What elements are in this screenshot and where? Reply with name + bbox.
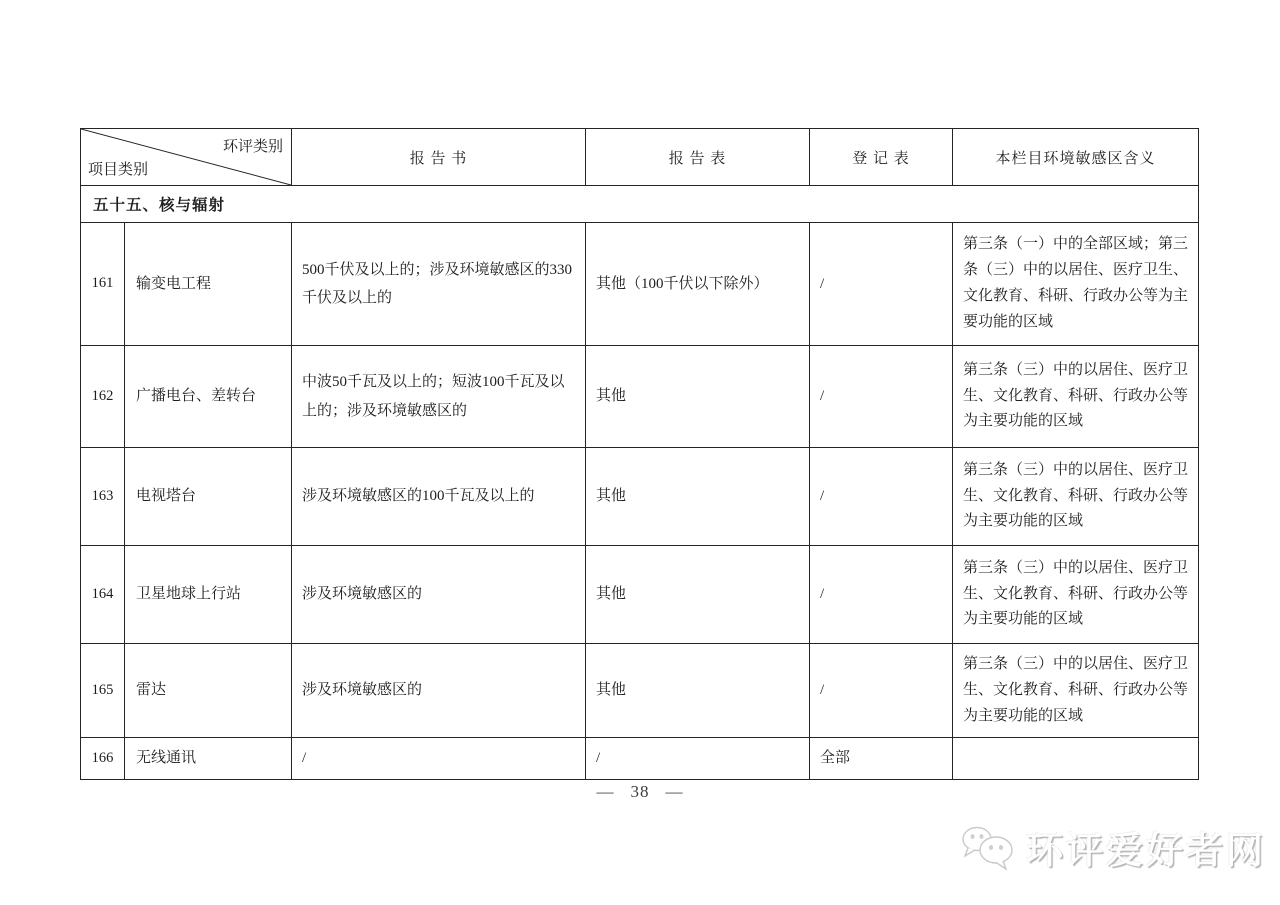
report-book-cell: 500千伏及以上的；涉及环境敏感区的330千伏及以上的 [292, 223, 586, 346]
report-form-cell: 其他 [586, 644, 810, 738]
corner-diagonal-cell: 环评类别 项目类别 [81, 129, 292, 186]
header-report-form: 报 告 表 [586, 129, 810, 186]
table-row: 166 无线通讯 / / 全部 [81, 738, 1199, 780]
table-row: 161 输变电工程 500千伏及以上的；涉及环境敏感区的330千伏及以上的 其他… [81, 223, 1199, 346]
site-watermark: 环评爱好者网 [956, 820, 1266, 874]
registration-form-cell: / [810, 546, 953, 644]
row-number: 164 [81, 546, 125, 644]
report-book-cell: 中波50千瓦及以上的；短波100千瓦及以上的；涉及环境敏感区的 [292, 346, 586, 448]
report-book-cell: 涉及环境敏感区的100千瓦及以上的 [292, 448, 586, 546]
sensitive-area-meaning-cell: 第三条（一）中的全部区域；第三条（三）中的以居住、医疗卫生、文化教育、科研、行政… [953, 223, 1199, 346]
page-number-value: 38 [631, 782, 650, 801]
document-page: 环评类别 项目类别 报 告 书 报 告 表 登 记 表 本栏目环境敏感区含义 五… [0, 0, 1280, 905]
row-number: 162 [81, 346, 125, 448]
registration-form-cell: / [810, 448, 953, 546]
row-number: 165 [81, 644, 125, 738]
registration-form-cell: 全部 [810, 738, 953, 780]
sensitive-area-meaning-cell [953, 738, 1199, 780]
corner-label-project-category: 项目类别 [88, 158, 148, 179]
registration-form-cell: / [810, 223, 953, 346]
project-category-cell: 输变电工程 [125, 223, 292, 346]
section-title: 五十五、核与辐射 [81, 186, 1199, 223]
report-form-cell: 其他 [586, 546, 810, 644]
sensitive-area-meaning-cell: 第三条（三）中的以居住、医疗卫生、文化教育、科研、行政办公等为主要功能的区域 [953, 546, 1199, 644]
report-book-cell: / [292, 738, 586, 780]
report-form-cell: / [586, 738, 810, 780]
row-number: 161 [81, 223, 125, 346]
report-form-cell: 其他 [586, 346, 810, 448]
wechat-bubbles-icon [956, 821, 1020, 873]
page-number: —38— [0, 782, 1280, 802]
section-row: 五十五、核与辐射 [81, 186, 1199, 223]
table-row: 164 卫星地球上行站 涉及环境敏感区的 其他 / 第三条（三）中的以居住、医疗… [81, 546, 1199, 644]
project-category-cell: 雷达 [125, 644, 292, 738]
report-book-cell: 涉及环境敏感区的 [292, 644, 586, 738]
header-sensitive-area-meaning: 本栏目环境敏感区含义 [953, 129, 1199, 186]
report-form-cell: 其他（100千伏以下除外） [586, 223, 810, 346]
header-registration-form: 登 记 表 [810, 129, 953, 186]
sensitive-area-meaning-cell: 第三条（三）中的以居住、医疗卫生、文化教育、科研、行政办公等为主要功能的区域 [953, 346, 1199, 448]
project-category-cell: 无线通讯 [125, 738, 292, 780]
project-category-cell: 电视塔台 [125, 448, 292, 546]
watermark-site-name: 环评爱好者网 [1026, 820, 1266, 874]
sensitive-area-meaning-cell: 第三条（三）中的以居住、医疗卫生、文化教育、科研、行政办公等为主要功能的区域 [953, 644, 1199, 738]
registration-form-cell: / [810, 644, 953, 738]
report-form-cell: 其他 [586, 448, 810, 546]
project-category-cell: 卫星地球上行站 [125, 546, 292, 644]
header-row: 环评类别 项目类别 报 告 书 报 告 表 登 记 表 本栏目环境敏感区含义 [81, 129, 1199, 186]
eia-category-table: 环评类别 项目类别 报 告 书 报 告 表 登 记 表 本栏目环境敏感区含义 五… [80, 128, 1199, 780]
sensitive-area-meaning-cell: 第三条（三）中的以居住、医疗卫生、文化教育、科研、行政办公等为主要功能的区域 [953, 448, 1199, 546]
header-report-book: 报 告 书 [292, 129, 586, 186]
report-book-cell: 涉及环境敏感区的 [292, 546, 586, 644]
page-number-dash-left: — [597, 782, 615, 801]
table-row: 162 广播电台、差转台 中波50千瓦及以上的；短波100千瓦及以上的；涉及环境… [81, 346, 1199, 448]
table-row: 163 电视塔台 涉及环境敏感区的100千瓦及以上的 其他 / 第三条（三）中的… [81, 448, 1199, 546]
row-number: 166 [81, 738, 125, 780]
corner-label-eia-category: 环评类别 [223, 135, 283, 156]
table-row: 165 雷达 涉及环境敏感区的 其他 / 第三条（三）中的以居住、医疗卫生、文化… [81, 644, 1199, 738]
project-category-cell: 广播电台、差转台 [125, 346, 292, 448]
registration-form-cell: / [810, 346, 953, 448]
page-number-dash-right: — [666, 782, 684, 801]
row-number: 163 [81, 448, 125, 546]
